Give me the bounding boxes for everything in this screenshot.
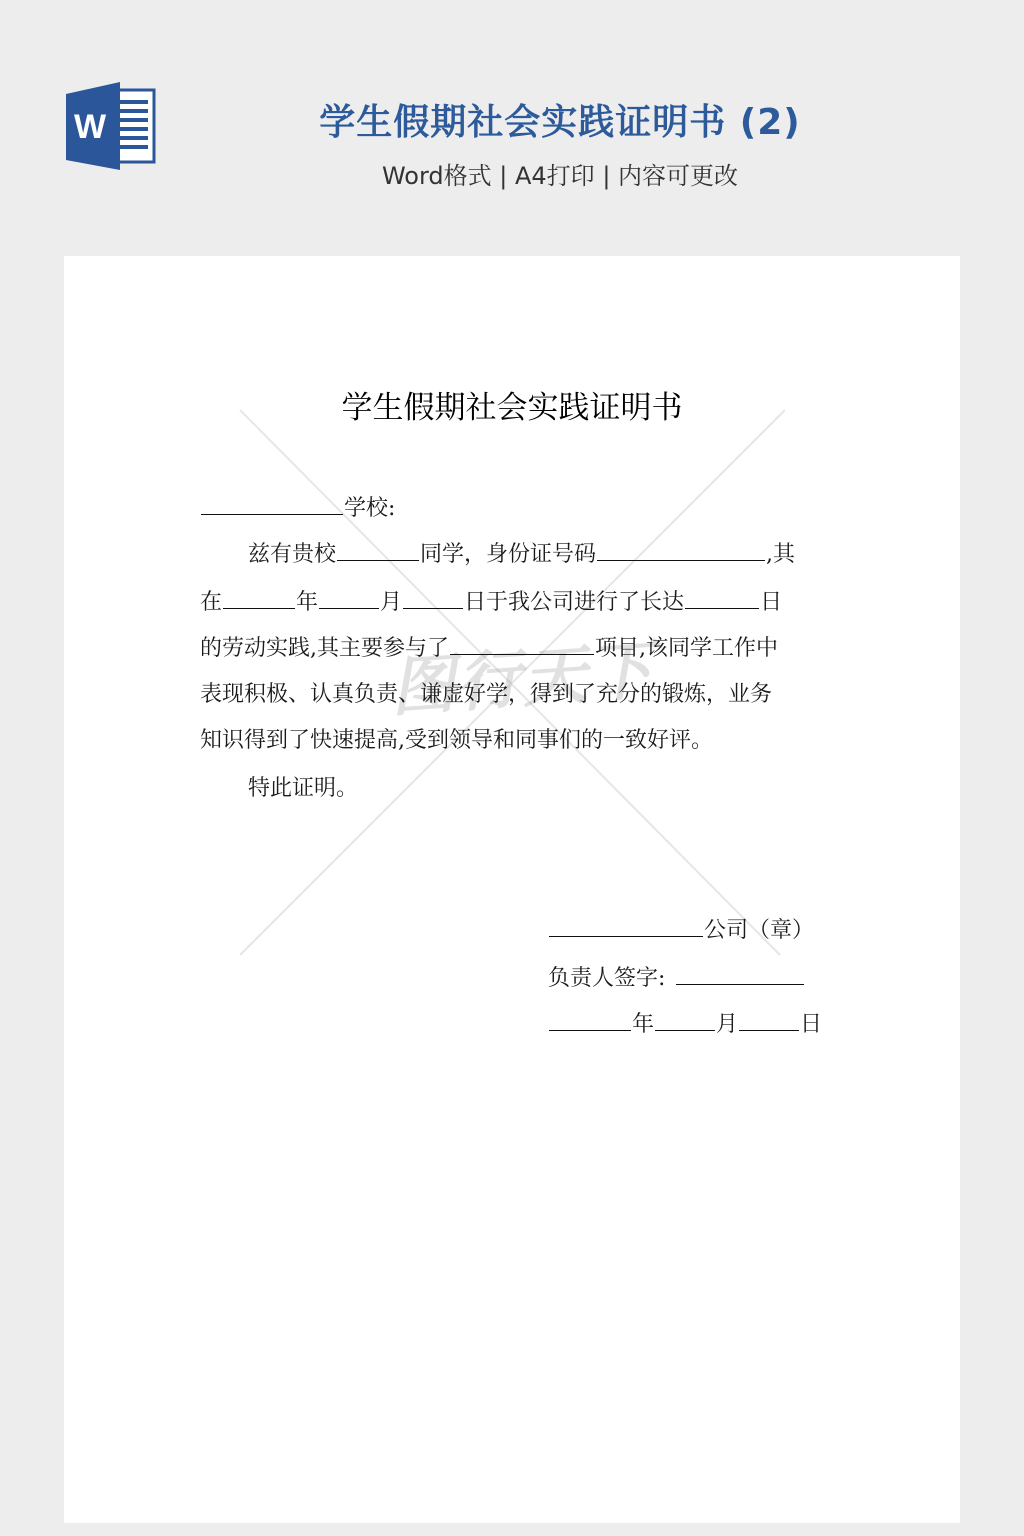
paragraph-line-1: 兹有贵校同学，身份证号码,其 (200, 538, 824, 568)
salutation-line: 学校: (200, 492, 824, 522)
document-page: 图行天下 学生假期社会实践证明书 学校: 兹有贵校同学，身份证号码,其 在年月日… (64, 256, 960, 1523)
paragraph-line-5: 知识得到了快速提高,受到领导和同事们的一致好评。 (200, 726, 824, 756)
sign-year-blank[interactable] (549, 1008, 631, 1031)
school-name-blank[interactable] (201, 492, 343, 515)
watermark-x-lines (64, 256, 960, 1523)
paragraph-line-2: 在年月日于我公司进行了长达日 (200, 586, 824, 616)
page-subtitle: Word格式 | A4打印 | 内容可更改 (260, 156, 860, 191)
sign-date-line: 年月日 (548, 1008, 826, 1038)
start-day-blank[interactable] (403, 586, 463, 609)
paragraph-line-4: 表现积极、认真负责、谦虚好学，得到了充分的锻炼，业务 (200, 680, 824, 710)
page-title: 学生假期社会实践证明书 (2) (260, 94, 860, 145)
word-doc-icon: W (64, 82, 156, 170)
duration-days-blank[interactable] (685, 586, 759, 609)
closing-line: 特此证明。 (200, 774, 824, 804)
svg-text:W: W (74, 108, 107, 146)
signature-blank[interactable] (676, 962, 804, 985)
sign-day-blank[interactable] (739, 1008, 799, 1031)
project-name-blank[interactable] (450, 632, 594, 655)
start-year-blank[interactable] (223, 586, 295, 609)
start-month-blank[interactable] (319, 586, 379, 609)
document-title: 学生假期社会实践证明书 (200, 382, 824, 427)
student-name-blank[interactable] (337, 538, 419, 561)
paragraph-line-3: 的劳动实践,其主要参与了项目,该同学工作中 (200, 632, 824, 662)
header: W 学生假期社会实践证明书 (2) Word格式 | A4打印 | 内容可更改 (0, 0, 1024, 256)
company-name-blank[interactable] (549, 914, 703, 937)
company-seal-line: 公司（章） (548, 914, 826, 944)
id-number-blank[interactable] (597, 538, 765, 561)
responsible-signature-line: 负责人签字: (548, 962, 826, 992)
sign-month-blank[interactable] (655, 1008, 715, 1031)
